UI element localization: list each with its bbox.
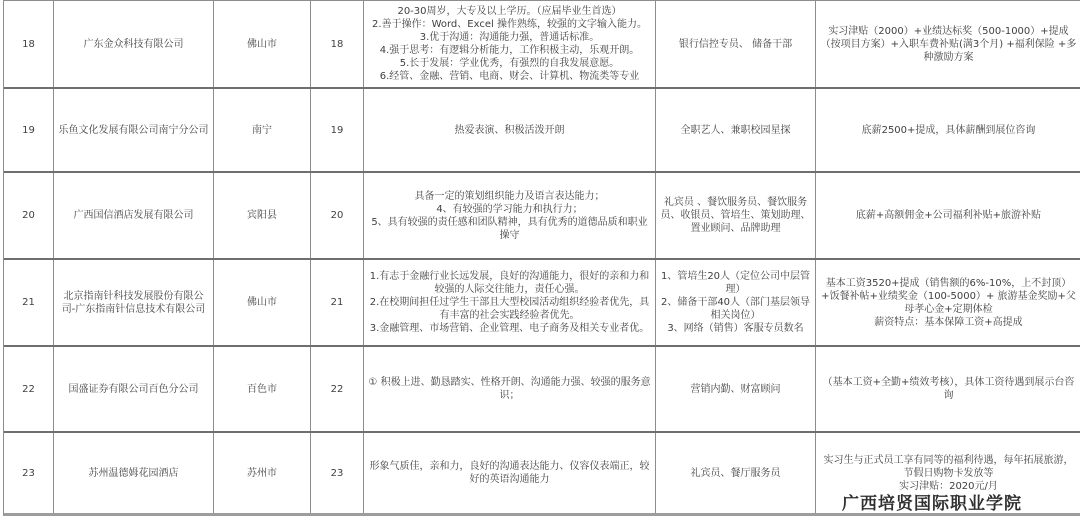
cell-requirements: 热爱表演、积极活泼开朗 (364, 89, 656, 171)
cell-city: 苏州市 (214, 433, 311, 513)
cell-index: 18 (4, 1, 54, 87)
cell-index-2: 19 (311, 89, 364, 171)
recruitment-table: 18 广东金众科技有限公司 佛山市 18 20-30周岁，大专及以上学历。（应届… (3, 0, 1080, 516)
cell-company: 广东金众科技有限公司 (54, 1, 214, 87)
table-row: 21 北京指南针科技发展股份有限公司-广东指南针信息技术有限公司 佛山市 21 … (4, 260, 1080, 347)
cell-index-2: 20 (311, 173, 364, 258)
cell-company: 广西国信酒店发展有限公司 (54, 173, 214, 258)
cell-index-2: 22 (311, 347, 364, 431)
table-row: 20 广西国信酒店发展有限公司 宾阳县 20 具备一定的策划组织能力及语言表达能… (4, 173, 1080, 260)
table-row: 19 乐鱼文化发展有限公司南宁分公司 南宁 19 热爱表演、积极活泼开朗 全职艺… (4, 89, 1080, 173)
cell-city: 百色市 (214, 347, 311, 431)
cell-company: 国盛证券有限公司百色分公司 (54, 347, 214, 431)
cell-positions: 1、管培生20人（定位公司中层管理） 2、储备干部40人（部门基层领导相关岗位）… (656, 260, 816, 345)
recruitment-list-page: 18 广东金众科技有限公司 佛山市 18 20-30周岁，大专及以上学历。（应届… (0, 0, 1080, 517)
cell-city: 佛山市 (214, 260, 311, 345)
table-row: 22 国盛证券有限公司百色分公司 百色市 22 ① 积极上进、勤恳踏实、性格开朗… (4, 347, 1080, 433)
cell-requirements: ① 积极上进、勤恳踏实、性格开朗、沟通能力强、较强的服务意识； (364, 347, 656, 431)
cell-index: 22 (4, 347, 54, 431)
cell-positions: 礼宾员 、餐饮服务员、餐饮服务员、收银员、管培生、策划助理、置业顾问、品牌助理 (656, 173, 816, 258)
cell-index-2: 21 (311, 260, 364, 345)
cell-salary: 底薪2500+提成，具体薪酬到展位咨询 (816, 89, 1080, 171)
cell-city: 佛山市 (214, 1, 311, 87)
school-watermark: 广西培贤国际职业学院 (842, 489, 1022, 514)
cell-company: 北京指南针科技发展股份有限公司-广东指南针信息技术有限公司 (54, 260, 214, 345)
cell-requirements: 具备一定的策划组织能力及语言表达能力； 4、有较强的学习能力和执行力； 5、具有… (364, 173, 656, 258)
cell-salary: 底薪+高额佣金+公司福利补贴+旅游补贴 (816, 173, 1080, 258)
cell-index: 20 (4, 173, 54, 258)
cell-salary: （基本工资+全勤+绩效考核），具体工资待遇到展示台咨询 (816, 347, 1080, 431)
cell-salary: 基本工资3520+提成（销售额的6%-10%，上不封顶）+饭餐补帖+业绩奖金（1… (816, 260, 1080, 345)
cell-positions: 全职艺人、兼职校园星探 (656, 89, 816, 171)
cell-requirements: 1.有志于金融行业长远发展，良好的沟通能力，很好的亲和力和较强的人际交往能力，责… (364, 260, 656, 345)
cell-positions: 礼宾员、餐厅服务员 (656, 433, 816, 513)
cell-requirements: 形象气质佳，亲和力，良好的沟通表达能力、仪容仪表端正，较好的英语沟通能力 (364, 433, 656, 513)
cell-salary: 实习津贴（2000）+业绩达标奖（500-1000）+提成（按项目方案）+入职车… (816, 1, 1080, 87)
cell-city: 南宁 (214, 89, 311, 171)
cell-company: 苏州温德姆花园酒店 (54, 433, 214, 513)
cell-requirements: 20-30周岁，大专及以上学历。（应届毕业生首选） 2.善于操作：Word、Ex… (364, 1, 656, 87)
cell-index: 21 (4, 260, 54, 345)
cell-city: 宾阳县 (214, 173, 311, 258)
table-row: 18 广东金众科技有限公司 佛山市 18 20-30周岁，大专及以上学历。（应届… (4, 1, 1080, 89)
cell-index: 23 (4, 433, 54, 513)
cell-index-2: 18 (311, 1, 364, 87)
cell-index-2: 23 (311, 433, 364, 513)
cell-index: 19 (4, 89, 54, 171)
cell-positions: 银行信控专员、 储备干部 (656, 1, 816, 87)
cell-company: 乐鱼文化发展有限公司南宁分公司 (54, 89, 214, 171)
cell-positions: 营销内勤、财富顾问 (656, 347, 816, 431)
